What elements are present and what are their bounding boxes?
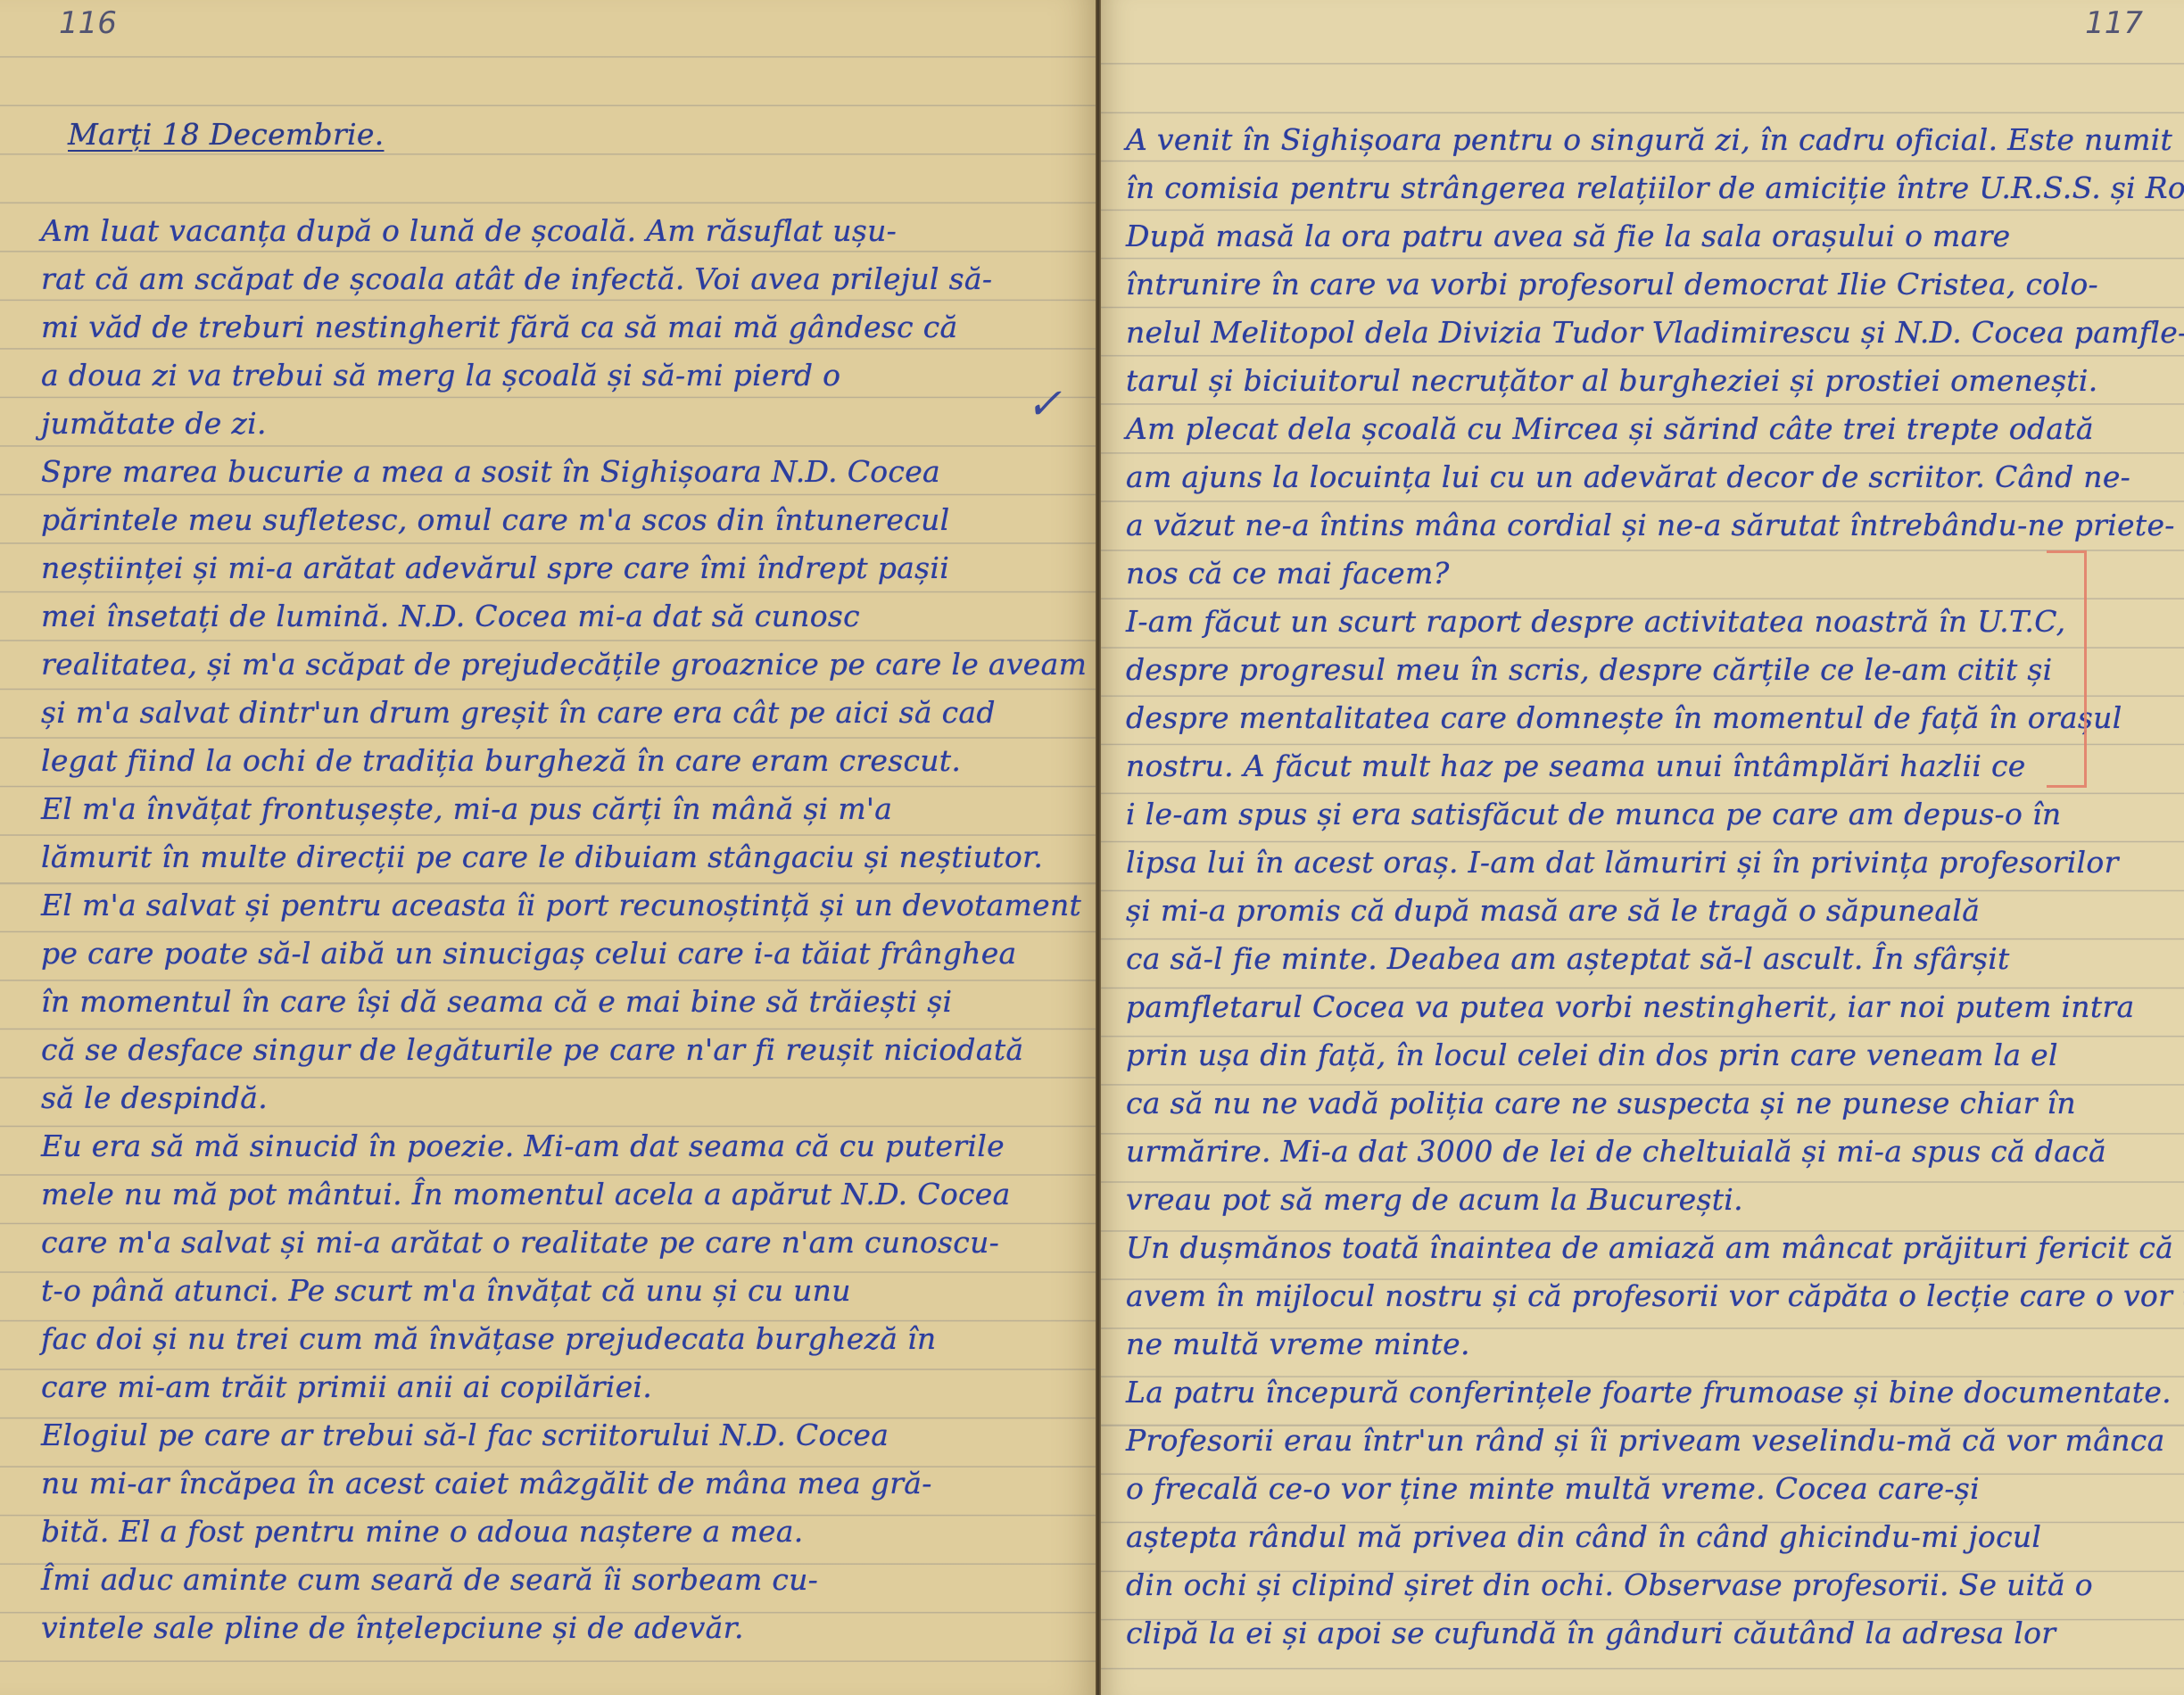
text-line: să le despindă. xyxy=(41,1074,1063,1122)
check-mark-icon: ✓ xyxy=(1026,379,1062,429)
text-line: și mi-a promis că după masă are să le tr… xyxy=(1126,887,2163,935)
blank-line xyxy=(41,159,1063,207)
text-line: A venit în Sighișoara pentru o singură z… xyxy=(1126,116,2163,164)
text-line: t-o până atunci. Pe scurt m'a învățat că… xyxy=(41,1267,1063,1315)
text-line: nostru. A făcut mult haz pe seama unui î… xyxy=(1126,742,2163,790)
text-line: tarul și biciuitorul necruțător al burgh… xyxy=(1126,357,2163,405)
text-line: vintele sale pline de înțelepciune și de… xyxy=(41,1604,1063,1652)
right-page-text: A venit în Sighișoara pentru o singură z… xyxy=(1099,116,2184,1658)
text-line: că se desface singur de legăturile pe ca… xyxy=(41,1026,1063,1074)
left-page: 116 Marți 18 Decembrie. Am luat vacanța … xyxy=(0,0,1099,1695)
text-line: mei însetați de lumină. N.D. Cocea mi-a … xyxy=(41,592,1063,641)
text-line: în comisia pentru strângerea relațiilor … xyxy=(1126,164,2163,212)
text-line: Am plecat dela școală cu Mircea și sărin… xyxy=(1126,405,2163,453)
text-line: clipă la ei și apoi se cufundă în gândur… xyxy=(1126,1609,2163,1658)
text-line: o frecală ce-o vor ține minte multă vrem… xyxy=(1126,1465,2163,1513)
text-line: prin ușa din față, în locul celei din do… xyxy=(1126,1031,2163,1079)
text-line: Spre marea bucurie a mea a sosit în Sigh… xyxy=(41,448,1063,496)
text-line: jumătate de zi. xyxy=(41,400,1063,448)
text-line: aștepta rândul mă privea din când în cân… xyxy=(1126,1513,2163,1561)
right-page: 117 A venit în Sighișoara pentru o singu… xyxy=(1099,0,2184,1695)
text-line: vreau pot să merg de acum la București. xyxy=(1126,1176,2163,1224)
text-line: din ochi și clipind șiret din ochi. Obse… xyxy=(1126,1561,2163,1609)
text-line: ca să-l fie minte. Deabea am așteptat să… xyxy=(1126,935,2163,983)
red-margin-bracket xyxy=(2047,550,2087,788)
text-line: I-am făcut un scurt raport despre activi… xyxy=(1126,598,2163,646)
text-line: rat că am scăpat de școala atât de infec… xyxy=(41,255,1063,303)
date-heading: Marți 18 Decembrie. xyxy=(41,111,1063,159)
text-line: a doua zi va trebui să merg la școală și… xyxy=(41,351,1063,400)
text-line: care m'a salvat și mi-a arătat o realita… xyxy=(41,1219,1063,1267)
text-line: avem în mijlocul nostru și că profesorii… xyxy=(1126,1272,2163,1320)
text-line: bită. El a fost pentru mine o adoua nașt… xyxy=(41,1508,1063,1556)
text-line: neștiinței și mi-a arătat adevărul spre … xyxy=(41,544,1063,592)
text-line: mele nu mă pot mântui. În momentul acela… xyxy=(41,1170,1063,1219)
text-line: După masă la ora patru avea să fie la sa… xyxy=(1126,212,2163,260)
text-line: nu mi-ar încăpea în acest caiet mâzgălit… xyxy=(41,1459,1063,1508)
text-line: Elogiul pe care ar trebui să-l fac scrii… xyxy=(41,1411,1063,1459)
notebook-gutter xyxy=(1096,0,1101,1695)
text-line: i le-am spus și era satisfăcut de munca … xyxy=(1126,790,2163,839)
text-line: am ajuns la locuința lui cu un adevărat … xyxy=(1126,453,2163,501)
text-line: lipsa lui în acest oraș. I-am dat lămuri… xyxy=(1126,839,2163,887)
text-line: și m'a salvat dintr'un drum greșit în ca… xyxy=(41,689,1063,737)
text-line: nos că ce mai facem? xyxy=(1126,550,2163,598)
text-line: nelul Melitopol dela Divizia Tudor Vladi… xyxy=(1126,309,2163,357)
notebook-spread: 116 Marți 18 Decembrie. Am luat vacanța … xyxy=(0,0,2184,1695)
text-line: Am luat vacanța după o lună de școală. A… xyxy=(41,207,1063,255)
text-line: realitatea, și m'a scăpat de prejudecăți… xyxy=(41,641,1063,689)
text-line: mi văd de treburi nestingherit fără ca s… xyxy=(41,303,1063,351)
text-line: ne multă vreme minte. xyxy=(1126,1320,2163,1368)
text-line: întrunire în care va vorbi profesorul de… xyxy=(1126,260,2163,309)
text-line: Profesorii erau într'un rând și îi prive… xyxy=(1126,1417,2163,1465)
text-line: în momentul în care își dă seama că e ma… xyxy=(41,978,1063,1026)
text-line: părintele meu sufletesc, omul care m'a s… xyxy=(41,496,1063,544)
page-number-left: 116 xyxy=(59,5,117,41)
text-line: pe care poate să-l aibă un sinucigaș cel… xyxy=(41,930,1063,978)
text-line: a văzut ne-a întins mâna cordial și ne-a… xyxy=(1126,501,2163,550)
text-line: La patru începură conferințele foarte fr… xyxy=(1126,1368,2163,1417)
text-line: legat fiind la ochi de tradiția burgheză… xyxy=(41,737,1063,785)
left-page-text: Marți 18 Decembrie. Am luat vacanța după… xyxy=(0,111,1099,1652)
text-line: lămurit în multe direcții pe care le dib… xyxy=(41,833,1063,881)
text-line: El m'a salvat și pentru aceasta îi port … xyxy=(41,881,1063,930)
text-line: Îmi aduc aminte cum seară de seară îi so… xyxy=(41,1556,1063,1604)
text-line: care mi-am trăit primii anii ai copilări… xyxy=(41,1363,1063,1411)
page-number-right: 117 xyxy=(2085,5,2143,41)
text-line: Eu era să mă sinucid în poezie. Mi-am da… xyxy=(41,1122,1063,1170)
text-line: despre progresul meu în scris, despre că… xyxy=(1126,646,2163,694)
text-line: pamfletarul Cocea va putea vorbi nesting… xyxy=(1126,983,2163,1031)
text-line: ca să nu ne vadă poliția care ne suspect… xyxy=(1126,1079,2163,1128)
text-line: Un dușmănos toată înaintea de amiază am … xyxy=(1126,1224,2163,1272)
text-line: fac doi și nu trei cum mă învățase preju… xyxy=(41,1315,1063,1363)
text-line: El m'a învățat frontușește, mi-a pus căr… xyxy=(41,785,1063,833)
text-line: despre mentalitatea care domnește în mom… xyxy=(1126,694,2163,742)
text-line: urmărire. Mi-a dat 3000 de lei de cheltu… xyxy=(1126,1128,2163,1176)
